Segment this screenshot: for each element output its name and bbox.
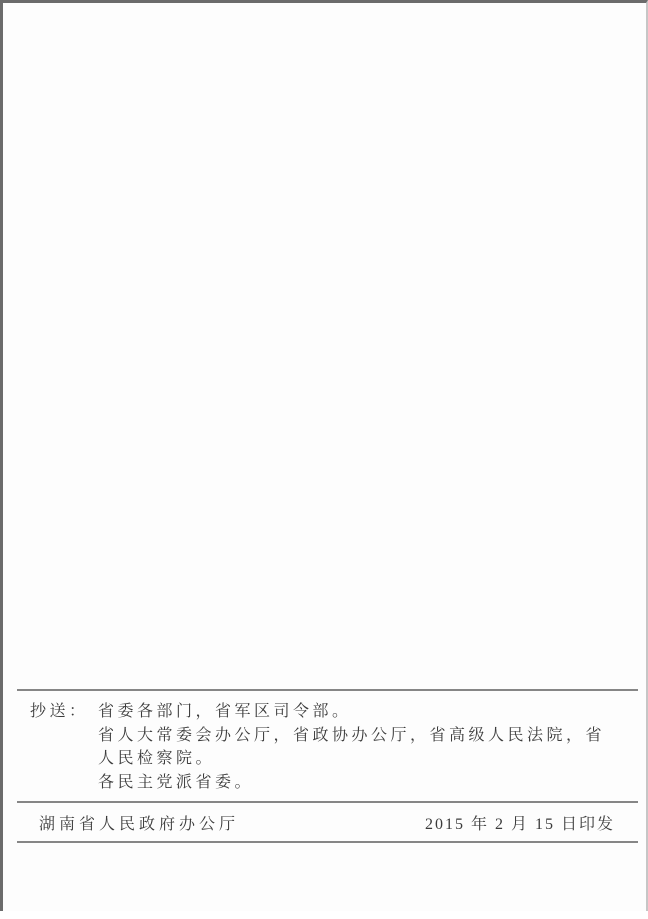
cc-line-4: 各民主党派省委。 bbox=[98, 771, 605, 795]
cc-label-text: 抄送： bbox=[30, 700, 89, 724]
print-date: 2015 年 2 月 15 日印发 bbox=[425, 811, 615, 834]
cc-line-3: 人民检察院。 bbox=[98, 747, 605, 771]
separator-rule-top bbox=[17, 689, 638, 691]
cc-lines: 省委各部门，省军区司令部。 省人大常委会办公厅，省政协办公厅，省高级人民法院，省… bbox=[98, 700, 605, 794]
cc-line-2: 省人大常委会办公厅，省政协办公厅，省高级人民法院，省 bbox=[98, 724, 605, 748]
cc-line-1: 省委各部门，省军区司令部。 bbox=[98, 700, 605, 724]
issuing-office: 湖南省人民政府办公厅 bbox=[39, 811, 239, 834]
separator-rule-bottom bbox=[17, 841, 638, 843]
issuer-row: 湖南省人民政府办公厅 2015 年 2 月 15 日印发 bbox=[3, 803, 648, 841]
scanned-document-page: 抄送： 省委各部门，省军区司令部。 省人大常委会办公厅，省政协办公厅，省高级人民… bbox=[0, 0, 648, 911]
